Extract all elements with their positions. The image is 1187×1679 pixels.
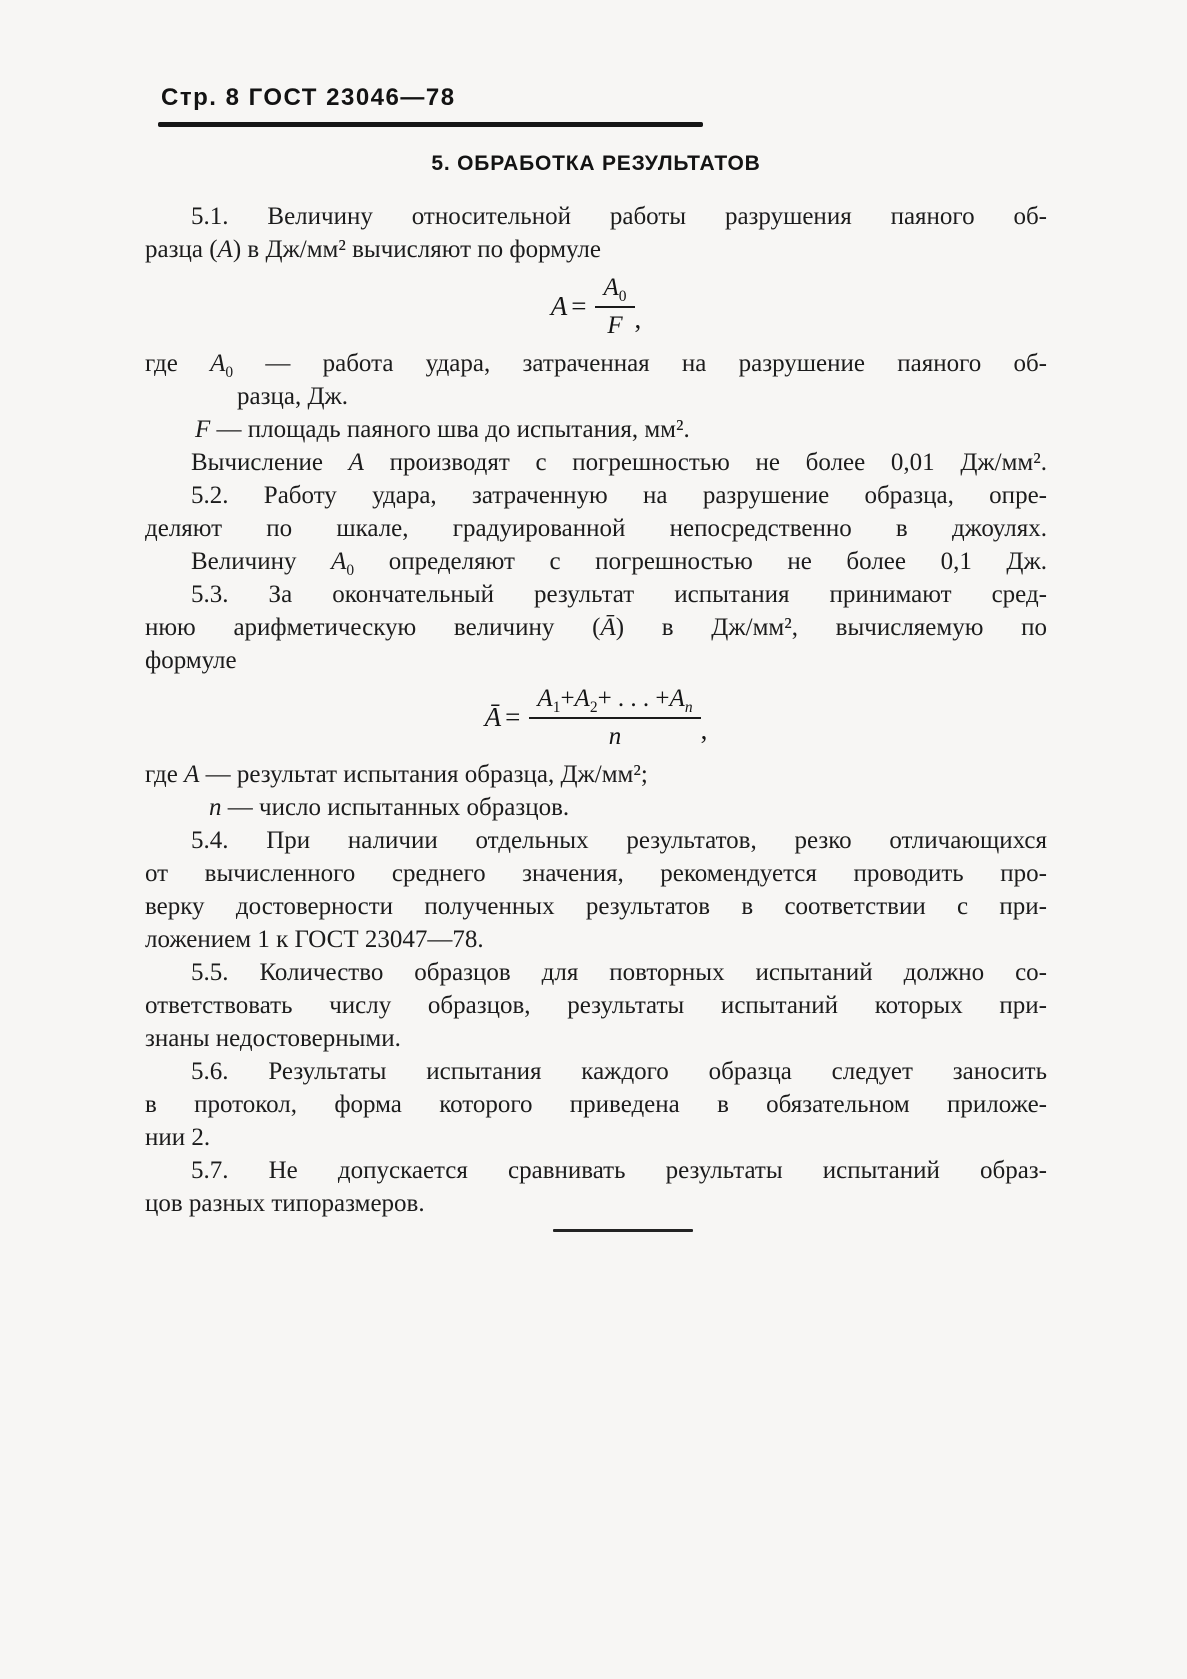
subscript-zero: 0 [619, 288, 627, 305]
text-line: Вычисление А производят с погрешностью н… [145, 446, 1047, 479]
variable-a2: А [575, 685, 590, 712]
fraction-numerator: А0 [595, 271, 634, 306]
fraction-numerator: А1+А2+ . . . +Аn [529, 682, 700, 717]
header-rule [158, 122, 703, 127]
document-page: Стр. 8 ГОСТ 23046—78 5. ОБРАБОТКА РЕЗУЛЬ… [0, 0, 1187, 1679]
text-run: ) в Дж/мм², вычисляемую по [616, 614, 1047, 641]
subscript-two: 2 [590, 699, 598, 716]
plus-sign: + [560, 685, 574, 712]
document-body: 5.1. Величину относительной работы разру… [145, 200, 1047, 1220]
text-line: нии 2. [145, 1121, 1047, 1154]
text-run: ) в Дж/мм² вычисляют по формуле [233, 236, 601, 263]
formula-lhs: Ā [485, 701, 502, 734]
page-header: Стр. 8 ГОСТ 23046—78 [161, 84, 456, 112]
text-line: в протокол, форма которого приведена в о… [145, 1088, 1047, 1121]
variable-a: А [218, 236, 233, 263]
subscript-zero: 0 [225, 364, 233, 381]
variable-a-bar: Ā [600, 614, 615, 641]
text-line: цов разных типоразмеров. [145, 1187, 1047, 1220]
text-line: 5.6. Результаты испытания каждого образц… [145, 1055, 1047, 1088]
variable-a: А [349, 449, 364, 476]
fraction-denominator: F [595, 306, 634, 342]
variable-a0: А [331, 548, 346, 575]
text-line: 5.4. При наличии отдельных результатов, … [145, 824, 1047, 857]
text-line: разца, Дж. [145, 380, 1047, 413]
formula-comma: , [635, 303, 642, 342]
subscript-n: n [685, 699, 693, 716]
text-line: F — площадь паяного шва до испытания, мм… [145, 413, 1047, 446]
text-line: 5.7. Не допускается сравнивать результат… [145, 1154, 1047, 1187]
text-line: где А0 — работа удара, затраченная на ра… [145, 347, 1047, 380]
variable-a: А [184, 761, 199, 788]
text-line: от вычисленного среднего значения, реком… [145, 857, 1047, 890]
formula-comma: , [701, 714, 708, 753]
formula-average-work: Ā=А1+А2+ . . . +Аnn, [145, 682, 1047, 753]
text-run: — площадь паяного шва до испытания, мм². [210, 416, 689, 443]
text-run: Величину [191, 548, 331, 575]
text-line: где А — результат испытания образца, Дж/… [145, 758, 1047, 791]
fraction: А0F [595, 271, 634, 342]
fraction: А1+А2+ . . . +Аnn [529, 682, 700, 753]
variable-a: А [603, 274, 618, 301]
text-line: 5.2. Работу удара, затраченную на разруш… [145, 479, 1047, 512]
text-line: 5.1. Величину относительной работы разру… [145, 200, 1047, 233]
subscript-zero: 0 [346, 562, 354, 579]
text-run: разца ( [145, 236, 218, 263]
text-line: верку достоверности полученных результат… [145, 890, 1047, 923]
text-run: — работа удара, затраченная на разрушени… [233, 350, 1047, 377]
text-line: ложением 1 к ГОСТ 23047—78. [145, 923, 1047, 956]
variable-f: F [195, 416, 210, 443]
variable-a1: А [537, 685, 552, 712]
text-run: где [145, 761, 184, 788]
text-line: формуле [145, 644, 1047, 677]
text-line: Величину А0 определяют с погрешностью не… [145, 545, 1047, 578]
ellipsis-run: + . . . + [598, 685, 670, 712]
text-run: определяют с погрешностью не более 0,1 Д… [354, 548, 1047, 575]
variable-n: n [209, 794, 222, 821]
text-run: — число испытанных образцов. [222, 794, 570, 821]
section-title: 5. ОБРАБОТКА РЕЗУЛЬТАТОВ [145, 152, 1047, 176]
text-line: деляют по шкале, градуированной непосред… [145, 512, 1047, 545]
text-line: нюю арифметическую величину (Ā) в Дж/мм²… [145, 611, 1047, 644]
text-run: где [145, 350, 210, 377]
text-line: n — число испытанных образцов. [145, 791, 1047, 824]
equals-sign: = [571, 290, 586, 323]
text-line: 5.3. За окончательный результат испытани… [145, 578, 1047, 611]
text-run: нюю арифметическую величину ( [145, 614, 600, 641]
equals-sign: = [505, 701, 520, 734]
variable-an: А [670, 685, 685, 712]
text-line: разца (А) в Дж/мм² вычисляют по формуле [145, 233, 1047, 266]
text-line: знаны недостоверными. [145, 1022, 1047, 1055]
fraction-denominator: n [529, 717, 700, 753]
text-line: ответствовать числу образцов, результаты… [145, 989, 1047, 1022]
end-divider [553, 1229, 693, 1232]
variable-a0: А [210, 350, 225, 377]
formula-lhs: А [551, 290, 568, 323]
text-run: Вычисление [191, 449, 349, 476]
formula-relative-work: А=А0F, [145, 271, 1047, 342]
text-run: производят с погрешностью не более 0,01 … [364, 449, 1047, 476]
text-line: 5.5. Количество образцов для повторных и… [145, 956, 1047, 989]
text-run: — результат испытания образца, Дж/мм²; [199, 761, 647, 788]
